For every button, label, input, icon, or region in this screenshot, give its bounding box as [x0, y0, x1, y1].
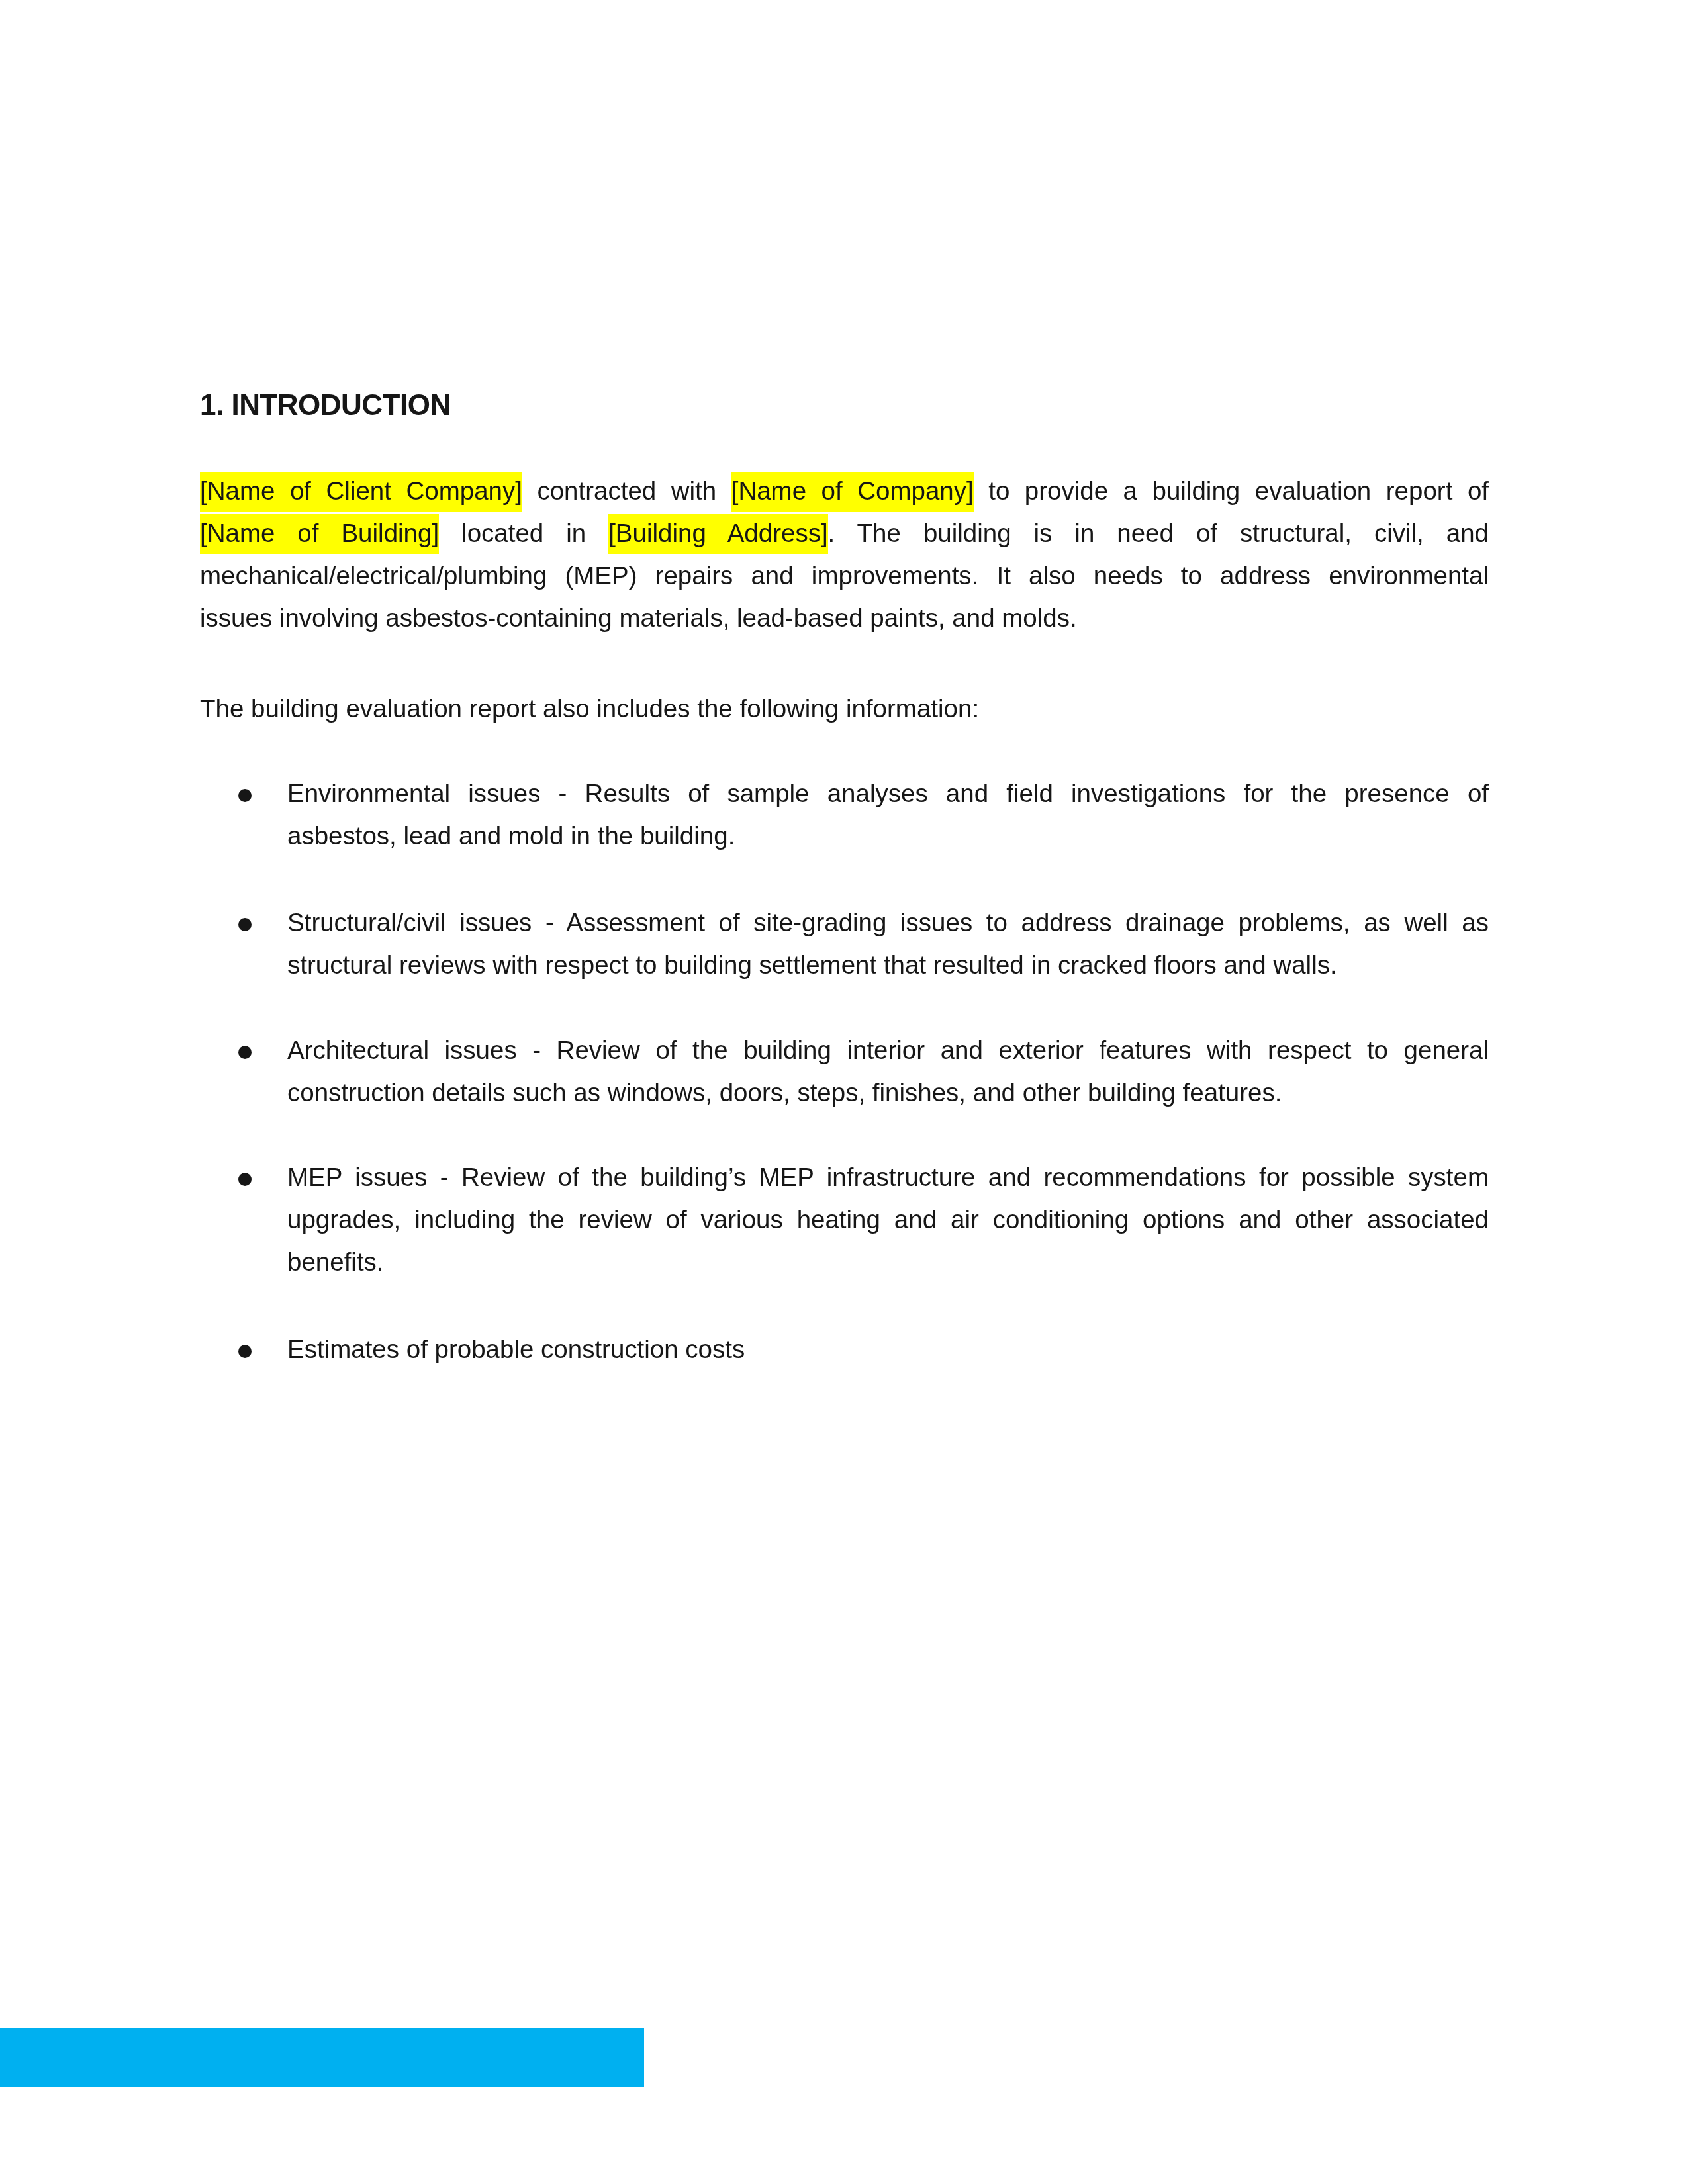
- text-segment: to provide a building evaluation report …: [974, 477, 1489, 506]
- text-segment: . The building is in need of structural,…: [828, 520, 1489, 548]
- bullet-line: structural reviews with respect to build…: [287, 944, 1489, 987]
- bullet-line: asbestos, lead and mold in the building.: [287, 815, 1489, 858]
- placeholder-client-company[interactable]: [Name of Client Company]: [200, 472, 522, 512]
- text-segment: located in: [439, 520, 608, 548]
- placeholder-building-name[interactable]: [Name of Building]: [200, 514, 439, 554]
- placeholder-company[interactable]: [Name of Company]: [731, 472, 974, 512]
- footer-accent-bar: [0, 2028, 644, 2087]
- intro-line-3: mechanical/electrical/plumbing (MEP) rep…: [200, 555, 1489, 598]
- text-segment: contracted with: [522, 477, 731, 506]
- bullet-line: MEP issues - Review of the building’s ME…: [287, 1157, 1489, 1199]
- document-page: 1. INTRODUCTION [Name of Client Company]…: [0, 0, 1688, 2184]
- bullet-icon: [238, 1173, 252, 1186]
- intro-line-4: issues involving asbestos-containing mat…: [200, 598, 1489, 640]
- bullet-line: Estimates of probable construction costs: [287, 1329, 1489, 1371]
- bullet-icon: [238, 918, 252, 931]
- text-segment: mechanical/electrical/plumbing (MEP) rep…: [200, 562, 1489, 590]
- bullet-line: construction details such as windows, do…: [287, 1072, 1489, 1115]
- bullet-line: upgrades, including the review of variou…: [287, 1199, 1489, 1242]
- bullet-icon: [238, 1046, 252, 1059]
- placeholder-building-address[interactable]: [Building Address]: [608, 514, 827, 554]
- text-segment: issues involving asbestos-containing mat…: [200, 604, 1077, 633]
- bullet-icon: [238, 789, 252, 802]
- bullet-line: benefits.: [287, 1242, 1489, 1284]
- section-heading: 1. INTRODUCTION: [200, 387, 451, 424]
- includes-intro: The building evaluation report also incl…: [200, 688, 1489, 731]
- bullet-line: Structural/civil issues - Assessment of …: [287, 902, 1489, 944]
- intro-line-2: [Name of Building] located in [Building …: [200, 513, 1489, 555]
- bullet-line: Architectural issues - Review of the bui…: [287, 1030, 1489, 1072]
- bullet-icon: [238, 1345, 252, 1358]
- intro-line-1: [Name of Client Company] contracted with…: [200, 471, 1489, 513]
- bullet-line: Environmental issues - Results of sample…: [287, 773, 1489, 815]
